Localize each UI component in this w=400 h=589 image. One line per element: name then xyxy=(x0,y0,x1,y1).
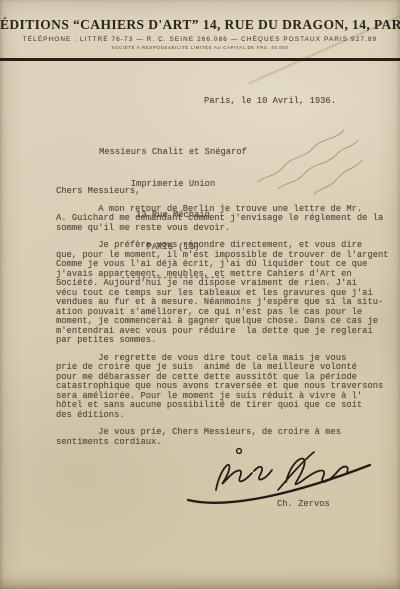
paragraph-3: Je regrette de vous dire tout cela mais … xyxy=(56,354,392,421)
letterhead-contact: TÉLÉPHONE : LITTRÉ 76-73 — R. C. SEINE 2… xyxy=(0,36,400,43)
paragraph-1: A mon retour de Berlin je trouve une let… xyxy=(56,205,392,234)
pencil-note-icon xyxy=(244,118,394,198)
letterhead-title: ÉDITIONS “CAHIERS D'ART” 14, RUE DU DRAG… xyxy=(0,17,400,33)
date-line: Paris, le 10 Avril, 1936. xyxy=(204,97,336,107)
letter-body: Chers Messieurs, A mon retour de Berlin … xyxy=(56,187,392,455)
signature-typed-name: Ch. Zervos xyxy=(277,500,330,510)
letterhead: ÉDITIONS “CAHIERS D'ART” 14, RUE DU DRAG… xyxy=(0,17,400,50)
salutation: Chers Messieurs, xyxy=(56,187,392,197)
recipient-name: Messieurs Chalit et Snégarof xyxy=(84,147,262,158)
letterhead-divider xyxy=(0,58,400,61)
paragraph-2: Je préfère vous répondre directement, et… xyxy=(56,241,392,346)
letterhead-capital: SOCIÉTÉ A RESPONSABILITÉ LIMITÉE AU CAPI… xyxy=(0,45,400,50)
letter-page: ÉDITIONS “CAHIERS D'ART” 14, RUE DU DRAG… xyxy=(0,0,400,589)
